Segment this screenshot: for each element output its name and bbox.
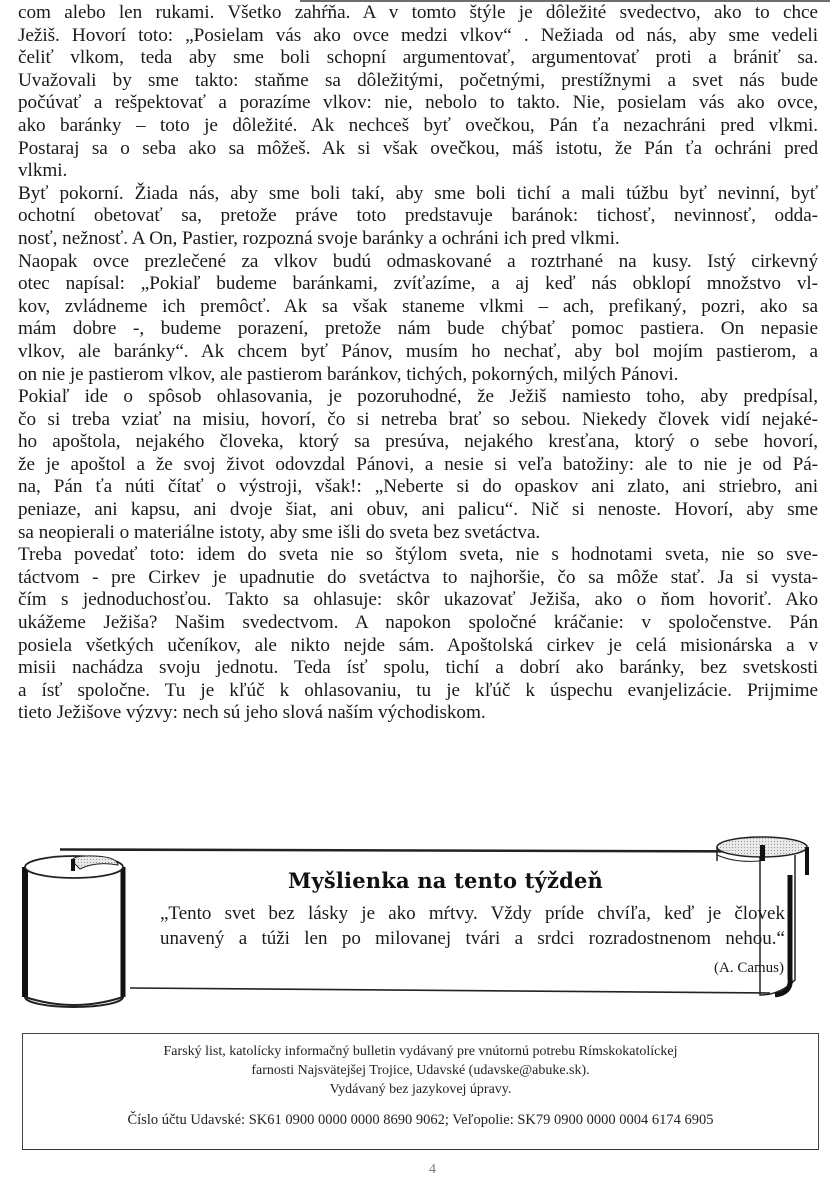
article-line: počúvať a rešpektovať a porazíme vlkov: … xyxy=(18,92,818,115)
article-line: táctvom - pre Cirkev je upadnutie do sve… xyxy=(18,567,818,590)
imprint-line: Vydávaný bez jazykovej úpravy. xyxy=(23,1082,818,1098)
article-line: Ježiš. Hovorí toto: „Posielam vás ako ov… xyxy=(18,25,818,48)
article-body: com alebo len rukami. Všetko zahŕňa. A v… xyxy=(18,2,818,725)
bank-account-line: Číslo účtu Udavské: SK61 0900 0000 0000 … xyxy=(23,1112,818,1129)
imprint-box: Farský list, katolícky informačný bullet… xyxy=(22,1033,819,1150)
article-line: a ísť spoločne. Tu je kľúč k ohlasovaniu… xyxy=(18,680,818,703)
article-line: na, Pán ťa núti čítať o výstroji, však!:… xyxy=(18,476,818,499)
article-line: ochotní obetovať sa, pretože práve toto … xyxy=(18,205,818,228)
article-line: vlkov, ale baránky“. Ak chcem byť Pánov,… xyxy=(18,341,818,364)
article-line: čeliť vlkom, teda aby sme boli schopní a… xyxy=(18,47,818,70)
article-line: peniaze, ani kapsu, ani dvoje šiat, ani … xyxy=(18,499,818,522)
page-number: 4 xyxy=(429,1162,436,1178)
article-line: nosť, nežnosť. A On, Pastier, rozpozná s… xyxy=(18,228,818,251)
article-line: ho apoštola, nejakého človeka, ktorý sa … xyxy=(18,431,818,454)
quote-author: (A. Camus) xyxy=(714,960,784,977)
article-line: com alebo len rukami. Všetko zahŕňa. A v… xyxy=(18,2,818,25)
article-line: otec napísal: „Pokiaľ budeme baránkami, … xyxy=(18,273,818,296)
article-line: že je apoštol a že svoj život odovzdal P… xyxy=(18,454,818,477)
thought-title: Myšlienka na tento týždeň xyxy=(288,868,603,893)
article-line: Pokiaľ ide o spôsob ohlasovania, je pozo… xyxy=(18,386,818,409)
article-line: misii nachádza svoju jednotu. Teda ísť s… xyxy=(18,657,818,680)
article-line: ako baránky – toto je dôležité. Ak nechc… xyxy=(18,115,818,138)
article-line: Treba povedať toto: idem do sveta nie so… xyxy=(18,544,818,567)
article-line: čo si treba vziať na misiu, hovorí, čo s… xyxy=(18,409,818,432)
article-line: Naopak ovce prezlečené za vlkov budú odm… xyxy=(18,251,818,274)
article-line: ukážeme Ježiša? Našim svedectvom. A napo… xyxy=(18,612,818,635)
imprint-line: farnosti Najsvätejšej Trojice, Udavské (… xyxy=(23,1063,818,1079)
article-line: mám dobre -, budeme porazení, pretože ná… xyxy=(18,318,818,341)
quote-line: „Tento svet bez lásky je ako mŕtvy. Vždy… xyxy=(160,902,785,926)
article-line: vlkmi. xyxy=(18,160,818,183)
article-line: sa neopierali o materiálne istoty, aby s… xyxy=(18,522,818,545)
article-line: Uvažovali by sme takto: staňme sa dôleži… xyxy=(18,70,818,93)
article-line: kov, zvládneme ich premôcť. Ak sa však s… xyxy=(18,296,818,319)
article-line: Postaraj sa o seba ako sa môžeš. Ak si v… xyxy=(18,138,818,161)
article-line: Byť pokorní. Žiada nás, aby sme boli tak… xyxy=(18,183,818,206)
article-line: posiela všetkých učeníkov, ale nikto nej… xyxy=(18,635,818,658)
article-line: tieto Ježišove výzvy: nech sú jeho slová… xyxy=(18,702,818,725)
article-line: on nie je pastierom vlkov, ale pastierom… xyxy=(18,364,818,387)
imprint-line: Farský list, katolícky informačný bullet… xyxy=(23,1044,818,1060)
article-line: čím s jednoduchosťou. Takto sa ohlasuje:… xyxy=(18,589,818,612)
quote-line: unavený a túži len po milovanej tvári a … xyxy=(160,927,785,951)
